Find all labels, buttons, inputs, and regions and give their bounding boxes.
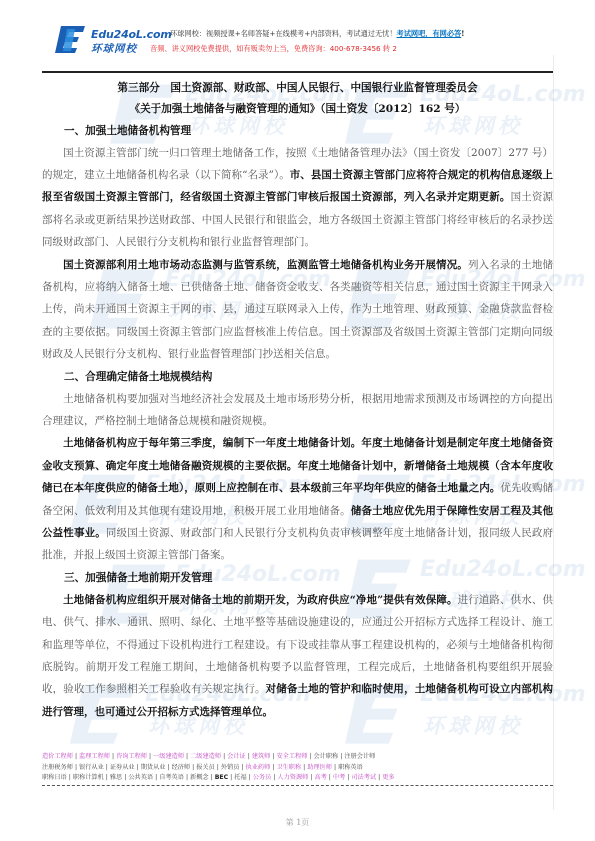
footer-link[interactable]: 高考 <box>314 774 326 781</box>
footer-link[interactable]: 公务员 <box>253 774 272 781</box>
link-separator: | <box>272 764 274 771</box>
footer-link[interactable]: 一级建造师 <box>153 753 184 760</box>
footer-link[interactable]: 造价工程师 <box>42 753 73 760</box>
paragraph: 土地储备机构应于每年第三季度，编制下一年度土地储备计划。年度土地储备计划是制定年… <box>42 432 553 566</box>
paragraph: 土地储备机构要加强对当地经济社会发展及土地市场形势分析，根据用地需求预测及市场调… <box>42 388 553 433</box>
document-sections: 一、加强土地储备机构管理国土资源主管部门统一归口管理土地储备工作，按照《土地储备… <box>42 120 553 724</box>
footer-link[interactable]: 会计职称 <box>314 753 339 760</box>
link-separator: | <box>241 764 243 771</box>
logo-text-cn: 环球网校 <box>91 41 137 56</box>
footer-link[interactable]: 执业药师 <box>246 764 271 771</box>
footer-link[interactable]: 职称英语 <box>338 764 363 771</box>
notice-title: 《关于加强土地储备与融资管理的通知》（国土资发〔2012〕162 号） <box>42 99 553 120</box>
link-separator: | <box>106 774 108 781</box>
link-separator: | <box>137 764 139 771</box>
slogan-text: 环球网校：视频授课+名师答疑+在线模考+内部资料，考试通过无忧！ <box>170 29 397 38</box>
header-slogan: 环球网校：视频授课+名师答疑+在线模考+内部资料，考试通过无忧！考试网吧，有网必… <box>170 29 464 39</box>
body-text: 同级国土资源、财政部门和人民银行分支机构负责审核调整年度土地储备计划，报同级人民… <box>42 527 553 561</box>
link-separator: | <box>249 774 251 781</box>
logo-mark-icon <box>55 24 87 54</box>
part-title: 第三部分 国土资源部、财政部、中国人民银行、中国银行业监督管理委员会 <box>42 78 553 99</box>
footer-link[interactable]: 咨询工程师 <box>116 753 147 760</box>
consult-phone: 400-678-3456 转 2 <box>330 44 397 53</box>
link-separator: | <box>186 774 188 781</box>
link-separator: | <box>310 774 312 781</box>
footer-link[interactable]: 注册税务师 <box>42 764 73 771</box>
link-separator: | <box>334 764 336 771</box>
section-heading: 一、加强土地储备机构管理 <box>42 120 553 142</box>
page-number: 第 1页 <box>0 817 595 828</box>
footer-link[interactable]: 会计证 <box>227 753 246 760</box>
footer-link[interactable]: 公共英语 <box>128 774 153 781</box>
footer-link[interactable]: 银行从业 <box>79 764 104 771</box>
paragraph: 国土资源主管部门统一归口管理土地储备工作，按照《土地储备管理办法》（国土资发〔2… <box>42 142 553 254</box>
link-separator: | <box>149 753 151 760</box>
link-separator: | <box>309 753 311 760</box>
link-separator: | <box>272 753 274 760</box>
link-separator: | <box>340 753 342 760</box>
footer-link[interactable]: 经济师 <box>172 764 191 771</box>
footer-link[interactable]: 中考 <box>333 774 345 781</box>
footer-link[interactable]: 人力资源师 <box>277 774 308 781</box>
page-edge-divider <box>553 55 554 810</box>
link-separator: | <box>167 764 169 771</box>
document-body: 第三部分 国土资源部、财政部、中国人民银行、中国银行业监督管理委员会 《关于加强… <box>42 71 553 723</box>
footer-link[interactable]: 监理工程师 <box>79 753 110 760</box>
footer-link-row: 职称日语|职称计算机|雅思|公共英语|自考英语|新概念|BEC|托福|公务员|人… <box>42 773 553 784</box>
footer-link[interactable]: 卫生职称 <box>276 764 301 771</box>
paragraph: 土地储备机构应组织开展对储备土地的前期开发，为政府供应“净地”提供有效保障。进行… <box>42 589 553 723</box>
slogan-bang: ! <box>461 29 464 38</box>
footer-link[interactable]: 司法考试 <box>351 774 376 781</box>
emphasis-text: 土地储备机构应于每年第三季度，编制下一年度土地储备计划。年度土地储备计划是制定年… <box>42 437 553 494</box>
footer-link[interactable]: 注册会计师 <box>344 753 375 760</box>
footer-link[interactable]: 职称日语 <box>42 774 67 781</box>
footer-link-row: 注册税务师|银行从业|证券从业|期货从业|经济师|报关员|外销员|执业药师|卫生… <box>42 763 553 774</box>
header-notice: 音频、讲义网校免费提供，如有贩卖勿上当，免费咨询：400-678-3456 转 … <box>150 44 397 54</box>
footer-link[interactable]: 职称计算机 <box>73 774 104 781</box>
body-text: 进行道路、供水、供电、供气、排水、通讯、照明、绿化、土地平整等基础设施建设的，应… <box>42 594 553 696</box>
footer-link[interactable]: 安全工程师 <box>276 753 307 760</box>
link-separator: | <box>69 774 71 781</box>
footer-link-bar: 造价工程师|监理工程师|咨询工程师|一级建造师|二级建造师|会计证|建筑师|安全… <box>42 752 553 786</box>
footer-link[interactable]: 助理医师 <box>307 764 332 771</box>
notice-text: 音频、讲义网校免费提供，如有贩卖勿上当，免费咨询： <box>150 44 330 53</box>
footer-link[interactable]: 雅思 <box>110 774 122 781</box>
footer-link[interactable]: 报关员 <box>196 764 215 771</box>
link-separator: | <box>223 753 225 760</box>
link-separator: | <box>75 753 77 760</box>
footer-link[interactable]: 二级建造师 <box>190 753 221 760</box>
link-separator: | <box>329 774 331 781</box>
site-header: Edu24oL.com 环球网校 环球网校：视频授课+名师答疑+在线模考+内部资… <box>0 0 595 62</box>
link-separator: | <box>273 774 275 781</box>
footer-link[interactable]: 期货从业 <box>141 764 166 771</box>
link-separator: | <box>106 764 108 771</box>
footer-link[interactable]: 新概念 <box>190 774 209 781</box>
section-heading: 二、合理确定储备土地规模结构 <box>42 366 553 388</box>
emphasis-text: 土地储备机构应组织开展对储备土地的前期开发，为政府供应“净地”提供有效保障。 <box>63 594 458 606</box>
link-separator: | <box>124 774 126 781</box>
body-text: 土地储备机构要加强对当地经济社会发展及土地市场形势分析，根据用地需求预测及市场调… <box>42 393 553 427</box>
link-separator: | <box>186 753 188 760</box>
footer-link[interactable]: 证券从业 <box>110 764 135 771</box>
link-separator: | <box>211 774 213 781</box>
link-separator: | <box>347 774 349 781</box>
emphasis-text: 国土资源部利用土地市场动态监测与监管系统，监测监管土地储备机构业务开展情况。 <box>63 259 468 271</box>
body-text: 列入名录的土地储备机构，应将纳入储备土地、已供储备土地、储备资金收支、各类融资等… <box>42 259 553 361</box>
link-separator: | <box>192 764 194 771</box>
header-rule <box>42 71 553 73</box>
footer-link[interactable]: 外销员 <box>221 764 240 771</box>
section-heading: 三、加强储备土地前期开发管理 <box>42 567 553 589</box>
link-separator: | <box>217 764 219 771</box>
footer-link-row: 造价工程师|监理工程师|咨询工程师|一级建造师|二级建造师|会计证|建筑师|安全… <box>42 752 553 763</box>
footer-link[interactable]: 自考英语 <box>159 774 184 781</box>
footer-link[interactable]: 托福 <box>234 774 246 781</box>
link-separator: | <box>378 774 380 781</box>
link-separator: | <box>112 753 114 760</box>
footer-link[interactable]: 建筑师 <box>252 753 271 760</box>
link-separator: | <box>75 764 77 771</box>
link-separator: | <box>248 753 250 760</box>
footer-link[interactable]: BEC <box>215 774 228 781</box>
paragraph: 国土资源部利用土地市场动态监测与监管系统，监测监管土地储备机构业务开展情况。列入… <box>42 254 553 366</box>
slogan-link[interactable]: 考试网吧，有网必答 <box>397 29 462 38</box>
link-separator: | <box>303 764 305 771</box>
logo-text-en: Edu24oL.com <box>91 28 172 41</box>
link-separator: | <box>155 774 157 781</box>
footer-link[interactable]: 更多 <box>382 774 394 781</box>
link-separator: | <box>230 774 232 781</box>
